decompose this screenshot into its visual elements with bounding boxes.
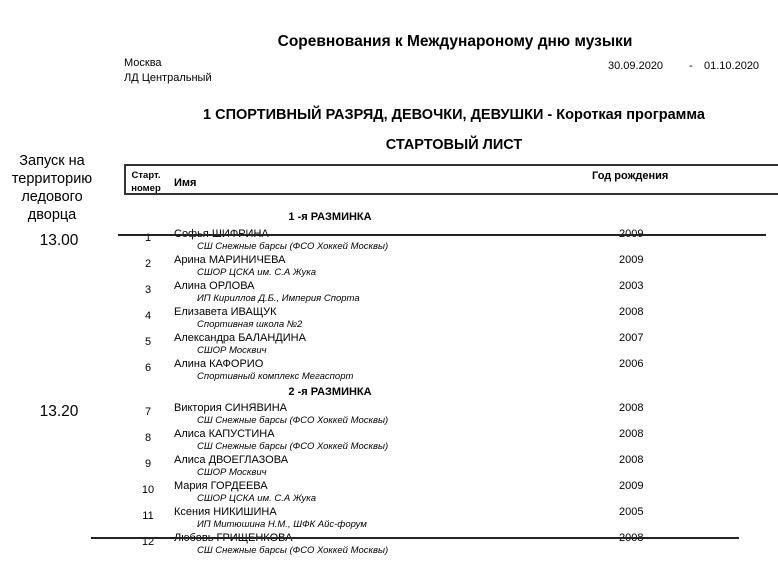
start-number: 2: [130, 258, 166, 270]
start-number: 7: [130, 406, 166, 418]
skater-club: СШОР Москвич: [197, 467, 267, 478]
column-start-number-label: Старт. номер: [129, 169, 163, 195]
table-row: 11Ксения НИКИШИНАИП Митюшина Н.М., ШФК А…: [0, 506, 778, 532]
skater-name: Алина ОРЛОВА: [174, 280, 255, 292]
date-end: 01.10.2020: [704, 60, 759, 72]
table-row: 3Алина ОРЛОВАИП Кириллов Д.Б., Империя С…: [0, 280, 778, 306]
start-number: 8: [130, 432, 166, 444]
skater-club: СШОР ЦСКА им. С.А Жука: [197, 493, 316, 504]
warmup-heading: 1 -я РАЗМИНКА: [0, 211, 660, 223]
table-row: 8Алиса КАПУСТИНАСШ Снежные барсы (ФСО Хо…: [0, 428, 778, 454]
separator-line-top: [118, 234, 766, 236]
start-number: 10: [130, 484, 166, 496]
skater-name: Алиса ДВОЕГЛАЗОВА: [174, 454, 288, 466]
start-number: 4: [130, 310, 166, 322]
start-number: 3: [130, 284, 166, 296]
birth-year: 2003: [619, 280, 643, 292]
skater-club: СШ Снежные барсы (ФСО Хоккей Москвы): [197, 545, 388, 556]
table-row: 6Алина КАФОРИОСпортивный комплекс Мегасп…: [0, 358, 778, 384]
skater-club: Спортивная школа №2: [197, 319, 302, 330]
warmup-heading: 2 -я РАЗМИНКА: [0, 386, 660, 398]
skater-name: Алиса КАПУСТИНА: [174, 428, 275, 440]
start-number: 6: [130, 362, 166, 374]
column-start-number: Старт. номер: [129, 169, 163, 195]
birth-year: 2008: [619, 306, 643, 318]
date-start: 30.09.2020: [608, 60, 663, 72]
skater-name: Алина КАФОРИО: [174, 358, 263, 370]
skater-name: Арина МАРИНИЧЕВА: [174, 254, 285, 266]
start-number: 5: [130, 336, 166, 348]
skater-club: ИП Кириллов Д.Б., Империя Спорта: [197, 293, 360, 304]
column-name: Имя: [174, 177, 196, 189]
skater-name: Ксения НИКИШИНА: [174, 506, 277, 518]
table-row: 1Софья ШИФРИНАСШ Снежные барсы (ФСО Хокк…: [0, 228, 778, 254]
category-title: 1 СПОРТИВНЫЙ РАЗРЯД, ДЕВОЧКИ, ДЕВУШКИ - …: [0, 107, 778, 123]
birth-year: 2006: [619, 358, 643, 370]
skater-name: Виктория СИНЯВИНА: [174, 402, 287, 414]
table-row: 12Любовь ГРИЩЕНКОВАСШ Снежные барсы (ФСО…: [0, 532, 778, 558]
birth-year: 2009: [619, 480, 643, 492]
table-row: 7Виктория СИНЯВИНАСШ Снежные барсы (ФСО …: [0, 402, 778, 428]
table-row: 2Арина МАРИНИЧЕВАСШОР ЦСКА им. С.А Жука2…: [0, 254, 778, 280]
column-birth-year: Год рождения: [592, 170, 668, 182]
skater-club: СШОР Москвич: [197, 345, 267, 356]
birth-year: 2007: [619, 332, 643, 344]
start-number: 9: [130, 458, 166, 470]
skater-club: ИП Митюшина Н.М., ШФК Айс-форум: [197, 519, 367, 530]
skater-club: СШ Снежные барсы (ФСО Хоккей Москвы): [197, 441, 388, 452]
separator-line-bottom: [91, 537, 739, 539]
birth-year: 2005: [619, 506, 643, 518]
birth-year: 2009: [619, 254, 643, 266]
skater-club: Спортивный комплекс Мегаспорт: [197, 371, 353, 382]
skater-club: СШ Снежные барсы (ФСО Хоккей Москвы): [197, 415, 388, 426]
table-row: 4Елизавета ИВАЩУКСпортивная школа №22008: [0, 306, 778, 332]
venue: ЛД Центральный: [124, 72, 212, 84]
birth-year: 2008: [619, 402, 643, 414]
table-header: [124, 164, 778, 195]
skater-club: СШОР ЦСКА им. С.А Жука: [197, 267, 316, 278]
date-separator: -: [689, 60, 693, 72]
birth-year: 2008: [619, 454, 643, 466]
skater-name: Мария ГОРДЕЕВА: [174, 480, 268, 492]
table-row: 5Александра БАЛАНДИНАСШОР Москвич2007: [0, 332, 778, 358]
skater-club: СШ Снежные барсы (ФСО Хоккей Москвы): [197, 241, 388, 252]
table-row: 9Алиса ДВОЕГЛАЗОВАСШОР Москвич2008: [0, 454, 778, 480]
skater-name: Александра БАЛАНДИНА: [174, 332, 306, 344]
birth-year: 2008: [619, 428, 643, 440]
table-row: 10Мария ГОРДЕЕВАСШОР ЦСКА им. С.А Жука20…: [0, 480, 778, 506]
skater-name: Елизавета ИВАЩУК: [174, 306, 277, 318]
sheet-title: СТАРТОВЫЙ ЛИСТ: [0, 137, 778, 153]
start-number: 11: [130, 510, 166, 522]
city: Москва: [124, 57, 162, 69]
competition-title: Соревнования к Междунароному дню музыки: [0, 33, 778, 51]
